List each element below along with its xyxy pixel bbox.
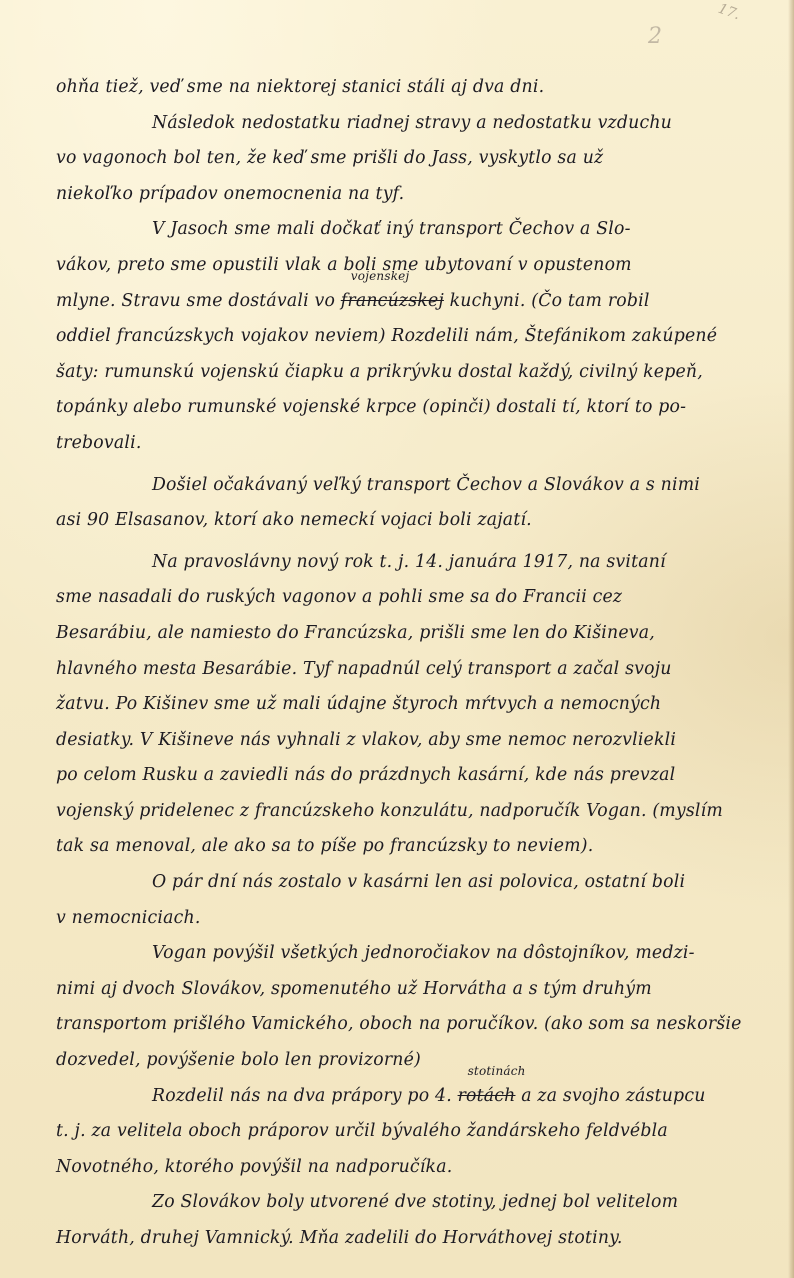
text-line: V Jasoch sme mali dočkať iný transport Č…	[56, 212, 771, 248]
text-line: Došiel očakávaný veľký transport Čechov …	[56, 468, 771, 504]
text-line: ohňa tiež, veď sme na niektorej stanici …	[56, 70, 771, 106]
text-line: žatvu. Po Kišinev sme už mali údajne šty…	[56, 687, 771, 723]
text-line: trebovali.	[56, 426, 771, 462]
text-line-with-correction: Rozdelil nás na dva prápory po 4. stotin…	[56, 1079, 771, 1115]
manuscript-page: 17. 2 ohňa tiež, veď sme na niektorej st…	[0, 0, 794, 1278]
text-line: nimi aj dvoch Slovákov, spomenutého už H…	[56, 972, 771, 1008]
text-line: asi 90 Elsasanov, ktorí ako nemeckí voja…	[56, 503, 771, 539]
text-line: vojenský pridelenec z francúzskeho konzu…	[56, 794, 771, 830]
text-line: dozvedel, povýšenie bolo len provizorné)	[56, 1043, 771, 1079]
text-line: vákov, preto sme opustili vlak a boli sm…	[56, 248, 771, 284]
struck-word: rotách	[458, 1086, 516, 1106]
text-line: v nemocniciach.	[56, 901, 771, 937]
text-line: t. j. za velitela oboch práporov určil b…	[56, 1114, 771, 1150]
text-line: Horváth, druhej Vamnický. Mňa zadelili d…	[56, 1221, 771, 1257]
text-line: Následok nedostatku riadnej stravy a ned…	[56, 106, 771, 142]
text-line: Novotného, ktorého povýšil na nadporučík…	[56, 1150, 771, 1186]
paper-edge-shadow	[788, 0, 794, 1278]
text-line: sme nasadali do ruských vagonov a pohli …	[56, 580, 771, 616]
text-line: Vogan povýšil všetkých jednoročiakov na …	[56, 936, 771, 972]
text-line: hlavného mesta Besarábie. Tyf napadnúl c…	[56, 652, 771, 688]
text-line: desiatky. V Kišineve nás vyhnali z vlako…	[56, 723, 771, 759]
text-line: niekoľko prípadov onemocnenia na tyf.	[56, 177, 771, 213]
text-line-with-correction: mlyne. Stravu sme dostávali vo vojenskej…	[56, 284, 771, 320]
text-line: po celom Rusku a zaviedli nás do prázdny…	[56, 758, 771, 794]
text-line: Zo Slovákov boly utvorené dve stotiny, j…	[56, 1185, 771, 1221]
text-line: šaty: rumunskú vojenskú čiapku a prikrýv…	[56, 355, 771, 391]
correction: vojenskej francúzskej	[341, 284, 444, 320]
struck-word: francúzskej	[341, 291, 444, 311]
text-line: topánky alebo rumunské vojenské krpce (o…	[56, 390, 771, 426]
archive-mark: 17.	[716, 1, 742, 24]
text-line: vo vagonoch bol ten, že keď sme prišli d…	[56, 141, 771, 177]
text-line: tak sa menoval, ale ako sa to píše po fr…	[56, 829, 771, 865]
inserted-word: stotinách	[468, 1065, 526, 1077]
handwritten-text-body: ohňa tiež, veď sme na niektorej stanici …	[56, 70, 771, 1257]
text-line: Na pravoslávny nový rok t. j. 14. január…	[56, 545, 771, 581]
text-line: oddiel francúzskych vojakov neviem) Rozd…	[56, 319, 771, 355]
correction: stotinách rotách	[458, 1079, 516, 1115]
text-line: Besarábiu, ale namiesto do Francúzska, p…	[56, 616, 771, 652]
text-line: O pár dní nás zostalo v kasárni len asi …	[56, 865, 771, 901]
page-number: 2	[648, 24, 662, 49]
text-line: transportom prišlého Vamického, oboch na…	[56, 1007, 771, 1043]
inserted-word: vojenskej	[351, 270, 410, 282]
